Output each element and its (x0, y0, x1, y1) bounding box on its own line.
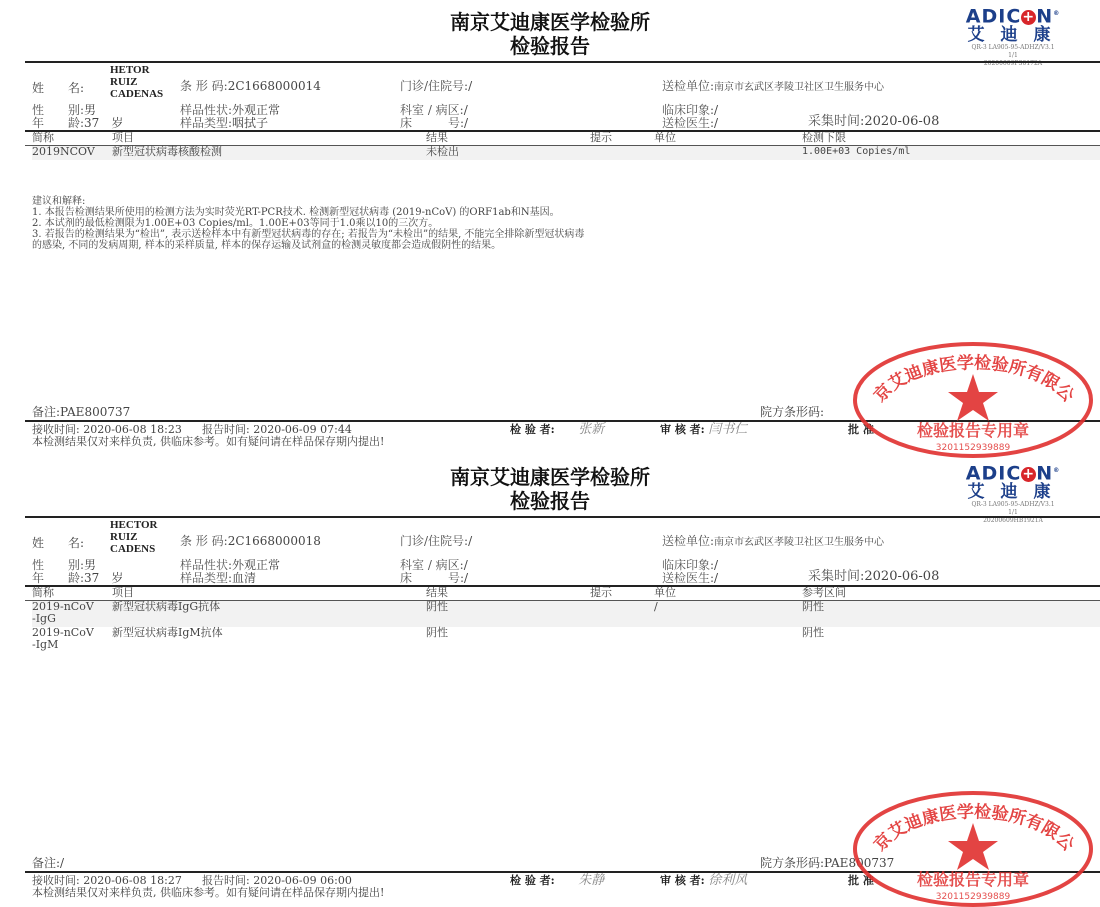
name-label: 姓 名: (32, 536, 84, 550)
tester-signature: 朱静 (578, 873, 604, 888)
reviewer-signature: 徐利风 (708, 873, 747, 888)
lab-report-1: 南京艾迪康医学检验所 检验报告 ADIC+N® 艾迪康 QR-3 LA905-9… (0, 0, 1100, 450)
age-field: 年 龄:37 岁 (32, 571, 123, 585)
disclaimer: 本检测结果仅对来样负责, 供临床参考。如有疑问请在样品保存期内提出! (32, 887, 384, 899)
clinical-field: 临床印象:/ (662, 103, 718, 117)
reviewer-field: 审 核 者: 徐利风 (660, 875, 747, 887)
gender-field: 性 别:男 (32, 558, 96, 572)
disclaimer: 本检测结果仅对来样负责, 供临床参考。如有疑问请在样品保存期内提出! (32, 436, 384, 448)
bed-field: 床 号:/ (400, 571, 468, 585)
submit-unit-field: 送检单位:南京市玄武区孝陵卫社区卫生服务中心 (662, 79, 884, 95)
doctor-field: 送检医生:/ (662, 116, 718, 130)
collect-time-field: 采集时间:2020-06-08 (808, 570, 939, 584)
doc-code: QR-3 LA905-95-ADHZ/V3.1 (928, 44, 1098, 52)
remark-field: 备注:/ (32, 857, 64, 869)
notes-section: 建议和解释:1. 本报告检测结果所使用的检测方法为实时荧光RT-PCR技术. 检… (32, 196, 584, 251)
remark-field: 备注:PAE800737 (32, 406, 130, 418)
age-field: 年 龄:37 岁 (32, 116, 123, 130)
table-header: 简称 项目 结果 提示 单位 检测下限 (32, 132, 1100, 145)
bed-field: 床 号:/ (400, 116, 468, 130)
red-cross-icon: + (1021, 10, 1036, 25)
outpatient-field: 门诊/住院号:/ (400, 534, 472, 548)
seal-icon: 南京艾迪康医学检验所有限公司 检验报告专用章 3201152939889 (848, 338, 1098, 458)
page-number: 1/1 (928, 52, 1098, 60)
official-seal-stamp: 南京艾迪康医学检验所有限公司 检验报告专用章 3201152939889 (848, 787, 1098, 907)
table-row: 2019-nCoV -IgG 新型冠状病毒IgG抗体 阴性 / 阴性 (32, 601, 1100, 627)
barcode-field: 条 形 码:2C1668000014 (180, 79, 321, 93)
dept-field: 科室 / 病区:/ (400, 558, 468, 572)
serial-number: 20200609HB1921A (928, 517, 1098, 525)
table-row: 2019NCOV 新型冠状病毒核酸检测 未检出 1.00E+03 Copies/… (32, 146, 1100, 160)
tester-field: 检 验 者: 朱静 (510, 875, 604, 887)
sample-state-field: 样品性状:外观正常 (180, 558, 280, 572)
sample-type-field: 样品类型:咽拭子 (180, 116, 268, 130)
tester-field: 检 验 者: 张新 (510, 424, 604, 436)
doctor-field: 送检医生:/ (662, 571, 718, 585)
gender-field: 性 别:男 (32, 103, 96, 117)
sample-type-field: 样品类型:血清 (180, 571, 256, 585)
dept-field: 科室 / 病区:/ (400, 103, 468, 117)
table-header: 简称 项目 结果 提示 单位 参考区间 (32, 587, 1100, 600)
name-label: 姓 名: (32, 81, 84, 95)
hospital-barcode-field: 院方条形码: (760, 406, 824, 418)
svg-text:3201152939889: 3201152939889 (936, 892, 1011, 902)
reviewer-signature: 闫书仁 (708, 422, 747, 437)
sample-state-field: 样品性状:外观正常 (180, 103, 280, 117)
svg-text:3201152939889: 3201152939889 (936, 443, 1011, 453)
svg-text:检验报告专用章: 检验报告专用章 (917, 421, 1029, 440)
patient-name: HECTOR RUIZ CADENS (110, 519, 157, 555)
collect-time-field: 采集时间:2020-06-08 (808, 115, 939, 129)
reviewer-field: 审 核 者: 闫书仁 (660, 424, 747, 436)
tester-signature: 张新 (578, 422, 604, 437)
svg-text:检验报告专用章: 检验报告专用章 (917, 870, 1029, 889)
clinical-field: 临床印象:/ (662, 558, 718, 572)
adicon-logo: ADIC+N® 艾迪康 QR-3 LA905-95-ADHZ/V3.1 1/1 … (928, 4, 1098, 68)
red-cross-icon: + (1021, 467, 1036, 482)
patient-name: HETOR RUIZ CADENAS (110, 64, 163, 100)
outpatient-field: 门诊/住院号:/ (400, 79, 472, 93)
submit-unit-field: 送检单位:南京市玄武区孝陵卫社区卫生服务中心 (662, 534, 884, 550)
seal-icon: 南京艾迪康医学检验所有限公司 检验报告专用章 3201152939889 (848, 787, 1098, 907)
official-seal-stamp: 南京艾迪康医学检验所有限公司 检验报告专用章 3201152939889 (848, 338, 1098, 458)
lab-report-2: 南京艾迪康医学检验所 检验报告 ADIC+N® 艾迪康 QR-3 LA905-9… (0, 455, 1100, 907)
doc-code: QR-3 LA905-95-ADHZ/V3.1 (928, 501, 1098, 509)
barcode-field: 条 形 码:2C1668000018 (180, 534, 321, 548)
table-row: 2019-nCoV -IgM 新型冠状病毒IgM抗体 阴性 阴性 (32, 627, 1100, 653)
